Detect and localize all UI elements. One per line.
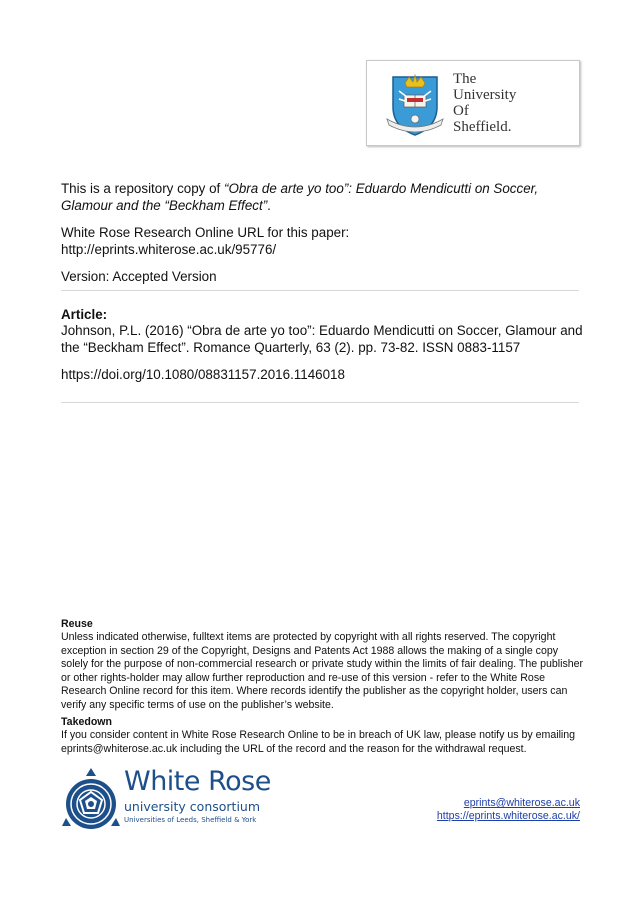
website-link[interactable]: https://eprints.whiterose.ac.uk/: [437, 810, 580, 823]
white-rose-emblem-icon: [60, 768, 122, 832]
repository-url[interactable]: http://eprints.whiterose.ac.uk/95776/: [61, 241, 349, 258]
version-statement: Version: Accepted Version: [61, 268, 217, 285]
university-of-sheffield-crest-icon: [385, 69, 445, 137]
repository-copy-statement: This is a repository copy of “Obra de ar…: [61, 180, 586, 214]
university-name-line: Sheffield.: [453, 119, 516, 135]
email-link[interactable]: eprints@whiterose.ac.uk: [437, 797, 580, 810]
article-doi[interactable]: https://doi.org/10.1080/08831157.2016.11…: [61, 366, 345, 383]
repository-url-label: White Rose Research Online URL for this …: [61, 224, 349, 241]
university-name-line: The: [453, 71, 516, 87]
article-heading: Article:: [61, 306, 107, 323]
article-citation: Johnson, P.L. (2016) “Obra de arte yo to…: [61, 322, 586, 356]
consortium-subtitle: university consortium: [124, 799, 260, 814]
takedown-text: If you consider content in White Rose Re…: [61, 729, 591, 756]
takedown-heading: Takedown: [61, 716, 112, 730]
university-name-line: Of: [453, 103, 516, 119]
university-name: The University Of Sheffield.: [453, 71, 516, 135]
reuse-text: Unless indicated otherwise, fulltext ite…: [61, 631, 586, 712]
consortium-members: Universities of Leeds, Sheffield & York: [124, 816, 256, 824]
university-logo: The University Of Sheffield.: [366, 60, 580, 146]
repository-url-block: White Rose Research Online URL for this …: [61, 224, 349, 258]
white-rose-consortium-logo: White Rose university consortium Univers…: [60, 766, 260, 832]
intro-suffix: .: [267, 198, 271, 213]
university-name-line: University: [453, 87, 516, 103]
consortium-title: White Rose: [124, 766, 271, 797]
divider: [61, 402, 579, 403]
intro-prefix: This is a repository copy of: [61, 181, 224, 196]
reuse-heading: Reuse: [61, 618, 93, 632]
footer-links: eprints@whiterose.ac.uk https://eprints.…: [437, 797, 580, 823]
divider: [61, 290, 579, 291]
